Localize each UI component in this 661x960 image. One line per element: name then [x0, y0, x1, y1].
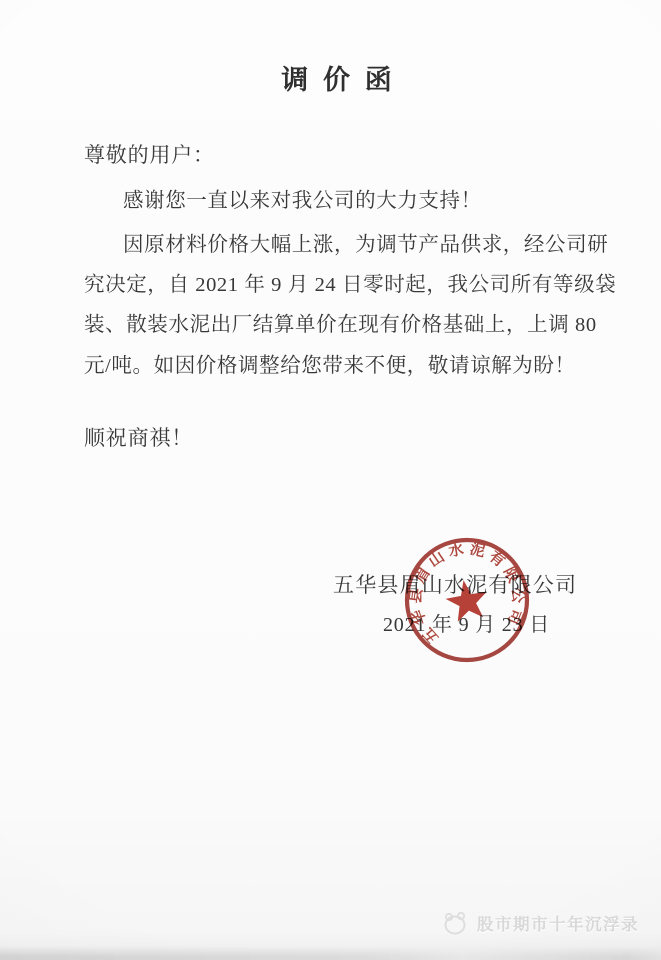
company-seal-stamp-icon: 五华县眉山水泥有限公司	[387, 520, 547, 680]
salutation: 尊敬的用户：	[84, 139, 215, 169]
watermark-text: 股市期市十年沉浮录	[477, 911, 639, 935]
animal-logo-icon	[439, 910, 469, 936]
body-line: 装、散装水泥出厂结算单价在现有价格基础上，上调 80	[84, 307, 597, 337]
scan-shadow	[0, 946, 661, 960]
red-star-icon	[443, 577, 491, 623]
scanned-letter-page: 调 价 函 尊敬的用户： 感谢您一直以来对我公司的大力支持！ 因原材料价格大幅上…	[0, 0, 661, 960]
closing-wishes: 顺祝商祺！	[84, 422, 193, 452]
body-line: 因原材料价格大幅上涨，为调节产品供求，经公司研	[123, 227, 608, 257]
letter-title: 调 价 函	[8, 58, 661, 97]
body-line: 究决定，自 2021 年 9 月 24 日零时起，我公司所有等级袋	[84, 267, 616, 297]
body-line: 元/吨。如因价格调整给您带来不便，敬请谅解为盼！	[84, 348, 576, 378]
watermark: 股市期市十年沉浮录	[439, 910, 639, 936]
body-line: 感谢您一直以来对我公司的大力支持！	[123, 183, 482, 213]
